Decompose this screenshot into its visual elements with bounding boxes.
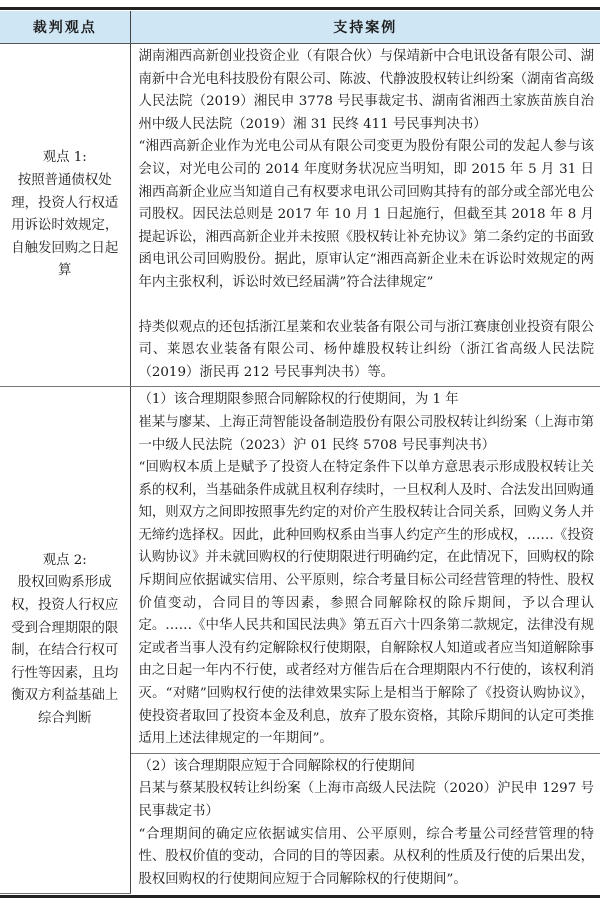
- view-2-section-2-heading: （2）该合理期限应短于合同解除权的行使期间: [139, 756, 595, 779]
- view-2-section-1-cell: （1）该合理期限参照合同解除权的行使期间，为 1 年 崔某与廖某、上海正菏智能设…: [130, 387, 600, 754]
- judgment-views-table: 裁判观点 支持案例 观点 1: 按照普通债权处理，投资人行权适用诉讼时效规定，自…: [0, 11, 600, 893]
- view-2-section-2-case-name: 吕某与蔡某股权转让纠纷案（上海市高级人民法院（2020）沪民申 1297 号民事…: [139, 778, 595, 823]
- view-1-cell: 观点 1: 按照普通债权处理，投资人行权适用诉讼时效规定，自触发回购之日起算: [0, 44, 130, 387]
- view-2-body: 股权回购系形成权，投资人行权应受到合理期限的限制，在结合行权可行性等因素，且均衡…: [6, 572, 124, 730]
- table-row-view-2a: 观点 2: 股权回购系形成权，投资人行权应受到合理期限的限制，在结合行权可行性等…: [0, 387, 600, 754]
- view-1-title: 观点 1:: [6, 147, 124, 170]
- view-2-title: 观点 2:: [6, 550, 124, 573]
- view-1-cases-cell: 湖南湘西高新创业投资企业（有限合伙）与保靖新中合电讯设备有限公司、湖南新中合光电…: [130, 44, 600, 387]
- header-supporting-cases: 支持案例: [130, 11, 600, 44]
- view-1-case-quote: “湘西高新企业作为光电公司从有限公司变更为股份有限公司的发起人参与该会议，对光电…: [139, 136, 595, 294]
- view-1-case-name: 湖南湘西高新创业投资企业（有限合伙）与保靖新中合电讯设备有限公司、湖南新中合光电…: [139, 46, 595, 136]
- table-header-row: 裁判观点 支持案例: [0, 11, 600, 44]
- table-row-view-1: 观点 1: 按照普通债权处理，投资人行权适用诉讼时效规定，自触发回购之日起算 湖…: [0, 44, 600, 387]
- view-2-section-1-quote: “回购权本质上是赋予了投资人在特定条件下以单方意思表示形成股权转让关系的权利，当…: [139, 457, 595, 751]
- view-2-cell: 观点 2: 股权回购系形成权，投资人行权应受到合理期限的限制，在结合行权可行性等…: [0, 387, 130, 893]
- spacer: [139, 295, 595, 317]
- view-2-section-2-cell: （2）该合理期限应短于合同解除权的行使期间 吕某与蔡某股权转让纠纷案（上海市高级…: [130, 753, 600, 893]
- header-judgment-view: 裁判观点: [0, 11, 130, 44]
- view-2-section-1-heading: （1）该合理期限参照合同解除权的行使期间，为 1 年: [139, 389, 595, 412]
- view-1-body: 按照普通债权处理，投资人行权适用诉讼时效规定，自触发回购之日起算: [6, 170, 124, 283]
- view-2-section-1-case-name: 崔某与廖某、上海正菏智能设备制造股份有限公司股权转让纠纷案（上海市第一中级人民法…: [139, 412, 595, 457]
- view-1-similar-cases-note: 持类似观点的还包括浙江星莱和农业装备有限公司与浙江赛康创业投资有限公司、莱恩农业…: [139, 317, 595, 385]
- view-2-section-2-quote: “合理期间的确定应依据诚实信用、公平原则，综合考量公司经营管理的特性、股权价值的…: [139, 824, 595, 892]
- top-rule: [0, 7, 600, 10]
- judgment-views-table-container: 裁判观点 支持案例 观点 1: 按照普通债权处理，投资人行权适用诉讼时效规定，自…: [0, 7, 600, 893]
